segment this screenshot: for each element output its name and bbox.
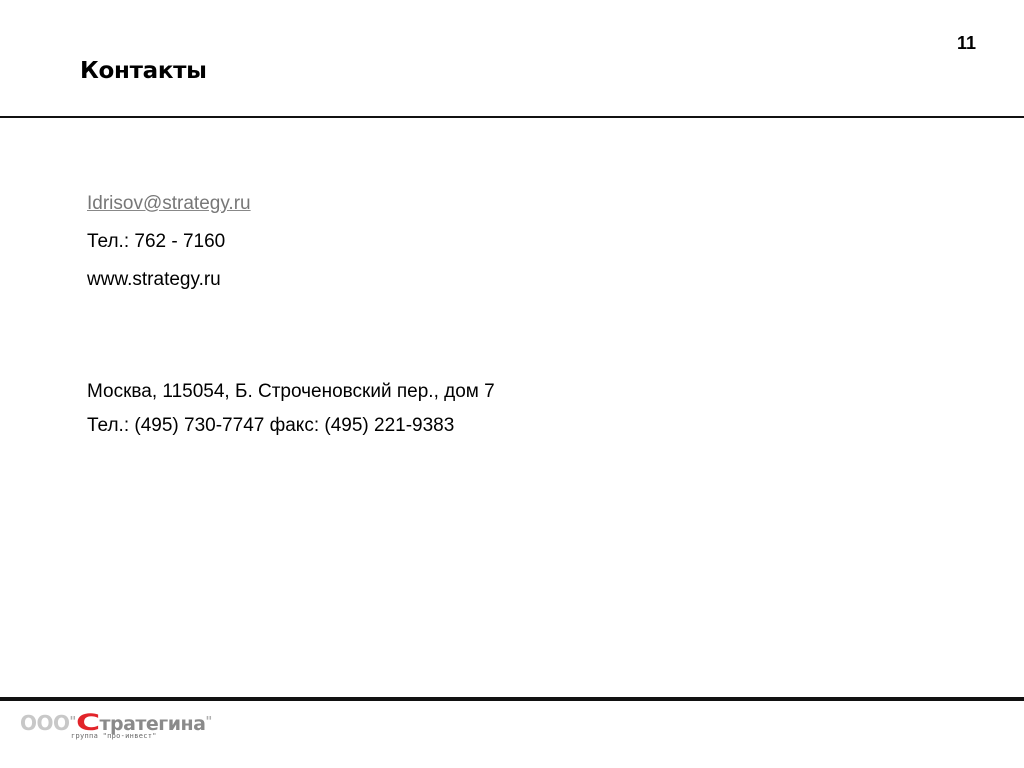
page-title: Контакты <box>80 58 207 84</box>
logo-subtitle: группа "про-инвест" <box>71 732 157 740</box>
office-phone-fax-text: Тел.: (495) 730-7747 факс: (495) 221-938… <box>87 415 454 437</box>
logo-close-quote: " <box>205 715 211 730</box>
page-number: 11 <box>957 33 976 54</box>
logo-open-quote: " <box>70 715 76 730</box>
website-text: www.strategy.ru <box>87 269 221 291</box>
address-text: Москва, 115054, Б. Строченовский пер., д… <box>87 381 495 403</box>
footer-divider <box>0 697 1024 701</box>
company-logo: ООО"Стратегина" группа "про-инвест" <box>20 712 240 742</box>
header-divider <box>0 116 1024 118</box>
logo-prefix: ООО <box>20 711 70 735</box>
email-link[interactable]: Idrisov@strategy.ru <box>87 193 251 215</box>
phone-text: Тел.: 762 - 7160 <box>87 231 225 253</box>
